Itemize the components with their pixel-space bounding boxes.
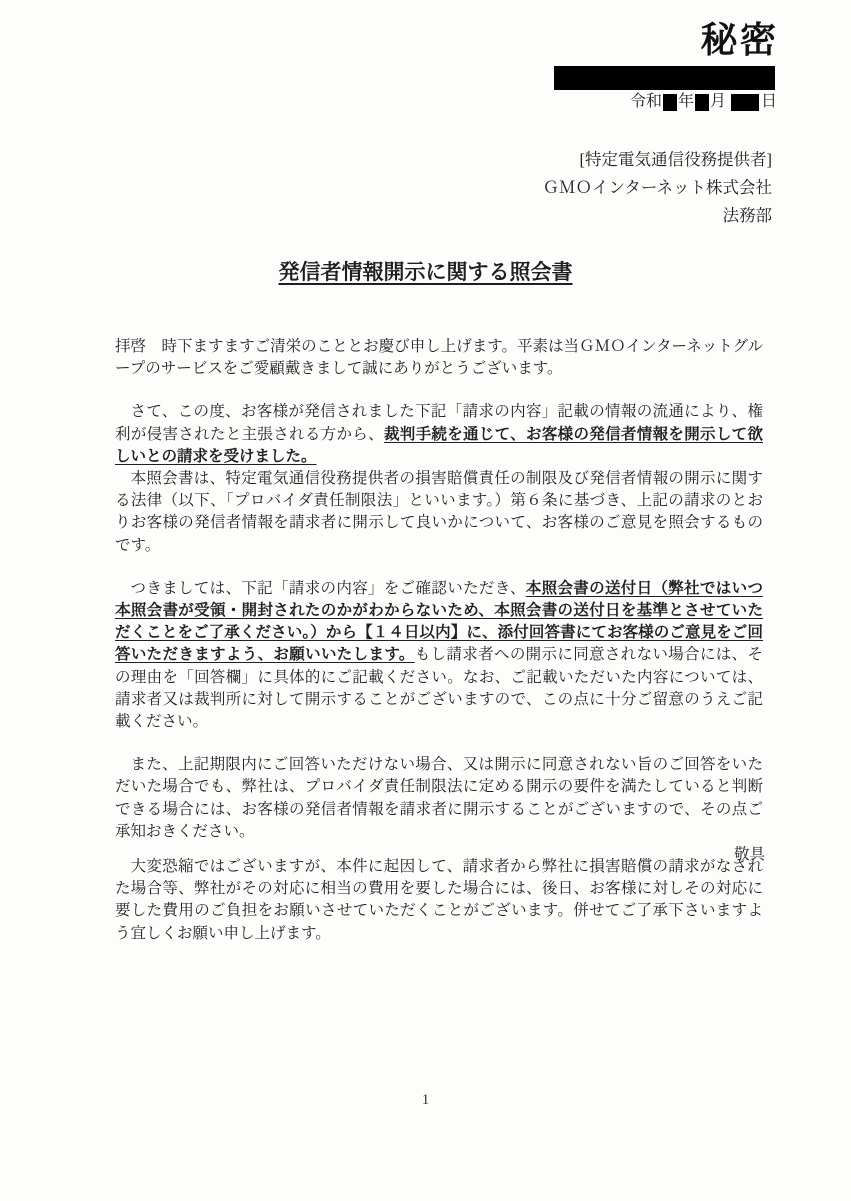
text-segment: 拝啓 時下ますますご清栄のこととお慶び申し上げます。平素は当ＧＭＯインターネット… (115, 338, 763, 377)
body-paragraph-disclosure-note: また、上記期限内にご回答いただけない場合、又は開示に同意されない旨のご回答をいた… (115, 754, 763, 843)
sender-block: [特定電気通信役務提供者] ＧＭＯインターネット株式会社 法務部 (542, 146, 772, 230)
text-segment: つきましては、下記「請求の内容」をご確認いただき、 (131, 580, 526, 597)
redacted-year-box (663, 94, 677, 111)
date-era: 令和 (630, 92, 662, 112)
classification-stamp: 秘密 (701, 12, 779, 63)
date-year-suffix: 年 (678, 92, 694, 112)
redacted-recipient-bar (554, 66, 775, 90)
date-line: 令和 年 月 日 (630, 92, 777, 112)
text-segment: また、上記期限内にご回答いただけない場合、又は開示に同意されない旨のご回答をいた… (115, 756, 763, 840)
page-number: 1 (0, 1092, 851, 1109)
sender-department: 法務部 (542, 202, 772, 230)
document-title-row: 発信者情報開示に関する照会書 (0, 256, 851, 286)
date-day-suffix: 日 (761, 92, 777, 112)
sender-role-label: [特定電気通信役務提供者] (542, 146, 772, 174)
redacted-month-box (695, 94, 709, 111)
body-text: 拝啓 時下ますますご清栄のこととお慶び申し上げます。平素は当ＧＭＯインターネット… (115, 336, 763, 945)
body-paragraph-greeting: 拝啓 時下ますますご清栄のこととお慶び申し上げます。平素は当ＧＭＯインターネット… (115, 336, 763, 380)
body-paragraph-deadline: つきましては、下記「請求の内容」をご確認いただき、本照会書の送付日（弊社ではいつ… (115, 578, 763, 733)
text-segment: 本照会書は、特定電気通信役務提供者の損害賠償責任の制限及び発信者情報の開示に関す… (115, 470, 763, 554)
body-paragraph-law-basis: 本照会書は、特定電気通信役務提供者の損害賠償責任の制限及び発信者情報の開示に関す… (115, 468, 763, 557)
document-page: 秘密 令和 年 月 日 [特定電気通信役務提供者] ＧＭＯインターネット株式会社… (0, 0, 851, 1201)
text-segment: 大変恐縮ではございますが、本件に起因して、請求者から弊社に損害賠償の請求がなされ… (115, 858, 763, 942)
redacted-day-box (731, 94, 759, 111)
sender-company: ＧＭＯインターネット株式会社 (542, 174, 772, 202)
closing-keigu: 敬具 (734, 842, 765, 864)
body-paragraph-request: さて、この度、お客様が発信されました下記「請求の内容」記載の情報の流通により、権… (115, 401, 763, 468)
body-paragraph-cost-note: 大変恐縮ではございますが、本件に起因して、請求者から弊社に損害賠償の請求がなされ… (115, 856, 763, 945)
date-month-suffix: 月 (710, 92, 726, 112)
document-title: 発信者情報開示に関する照会書 (279, 261, 573, 284)
